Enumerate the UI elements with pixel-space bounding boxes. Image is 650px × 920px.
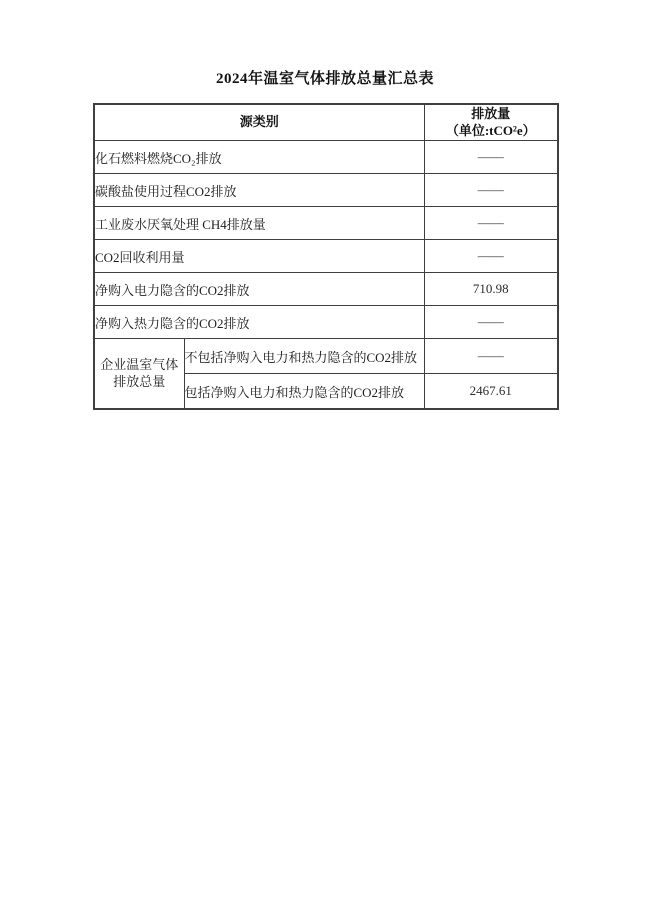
group-subrow-value: —— — [424, 339, 558, 374]
header-source-category: 源类别 — [94, 104, 424, 141]
table-row: 净购入电力隐含的CO2排放 710.98 — [94, 273, 558, 306]
group-subrow-value: 2467.61 — [424, 374, 558, 410]
row-label: 净购入热力隐含的CO2排放 — [94, 306, 424, 339]
table-row: 工业废水厌氧处理 CH4排放量 —— — [94, 207, 558, 240]
group-label-line1: 企业温室气体 — [95, 357, 184, 374]
table-row: 净购入热力隐含的CO2排放 —— — [94, 306, 558, 339]
document-page: 2024年温室气体排放总量汇总表 源类别 排放量 （单位:tCO²e） 化石燃料… — [0, 0, 650, 920]
group-subrow-label: 包括净购入电力和热力隐含的CO2排放 — [184, 374, 424, 410]
group-label-line2: 排放总量 — [95, 374, 184, 391]
row-label: CO2回收利用量 — [94, 240, 424, 273]
row-value: —— — [424, 240, 558, 273]
row-value: 710.98 — [424, 273, 558, 306]
table-row: 碳酸盐使用过程CO2排放 —— — [94, 174, 558, 207]
table-row: 化石燃料燃烧CO₂排放 —— — [94, 141, 558, 174]
table-row: CO2回收利用量 —— — [94, 240, 558, 273]
row-label: 净购入电力隐含的CO2排放 — [94, 273, 424, 306]
header-emission-amount: 排放量 （单位:tCO²e） — [424, 104, 558, 141]
row-value: —— — [424, 141, 558, 174]
row-value: —— — [424, 306, 558, 339]
header-amount-unit: （单位:tCO²e） — [425, 123, 558, 139]
table-header-row: 源类别 排放量 （单位:tCO²e） — [94, 104, 558, 141]
document-title: 2024年温室气体排放总量汇总表 — [0, 67, 650, 88]
row-label: 碳酸盐使用过程CO2排放 — [94, 174, 424, 207]
group-subrow-label: 不包括净购入电力和热力隐含的CO2排放 — [184, 339, 424, 374]
group-category-label: 企业温室气体 排放总量 — [94, 339, 184, 410]
header-amount-label: 排放量 — [425, 106, 558, 122]
emissions-summary-table: 源类别 排放量 （单位:tCO²e） 化石燃料燃烧CO₂排放 —— 碳酸盐使用过… — [93, 103, 559, 410]
table-group-row: 企业温室气体 排放总量 不包括净购入电力和热力隐含的CO2排放 —— — [94, 339, 558, 374]
row-value: —— — [424, 207, 558, 240]
row-value: —— — [424, 174, 558, 207]
row-label: 化石燃料燃烧CO₂排放 — [94, 141, 424, 174]
row-label: 工业废水厌氧处理 CH4排放量 — [94, 207, 424, 240]
